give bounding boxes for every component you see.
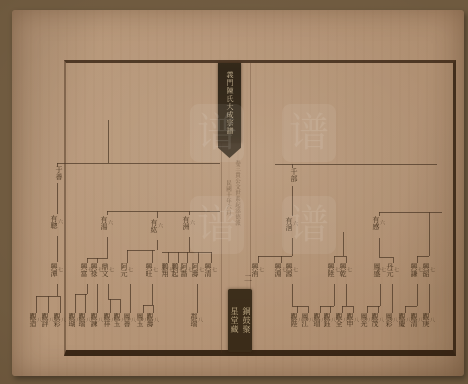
tree-line [97, 284, 98, 313]
tree-node: 六有聰 [53, 215, 62, 229]
tree-node: 七興乾 [342, 263, 351, 277]
tree-line [346, 284, 347, 306]
generation-marker: 八 [429, 313, 434, 326]
tree-line [281, 256, 282, 263]
tree-node: 七興潭 [53, 263, 62, 277]
tree-line [85, 294, 86, 313]
generation-marker: 七 [127, 263, 132, 276]
tree-line [197, 284, 198, 313]
tree-line [127, 250, 155, 251]
tree-node: 七阿壽 [194, 263, 203, 277]
tree-line [378, 306, 379, 313]
generation-marker: 八 [153, 313, 158, 326]
generation-marker: 七 [57, 263, 62, 276]
tree-line [275, 164, 437, 165]
tree-line [120, 299, 121, 313]
tree-line [198, 252, 199, 263]
tree-line [152, 284, 153, 305]
tree-line [292, 306, 308, 307]
tree-line [57, 183, 58, 214]
tree-line [87, 284, 88, 294]
tree-line [57, 236, 58, 262]
tree-line [211, 252, 212, 263]
tree-node: 七丹元 [389, 263, 398, 277]
generation-marker: 七 [152, 263, 157, 276]
tree-node: 七阿元 [123, 263, 132, 277]
tree-line [292, 238, 293, 256]
generation-marker: 七 [108, 263, 113, 276]
tree-line [107, 211, 220, 212]
tree-node: 八鳳彩 [388, 313, 397, 327]
generation-marker: 六 [292, 217, 297, 230]
tree-line [308, 306, 309, 313]
tree-line [178, 252, 179, 263]
tree-line [107, 237, 108, 258]
tree-line [187, 252, 188, 263]
tree-line [157, 211, 158, 218]
tree-line [334, 256, 335, 263]
tree-line [189, 237, 190, 252]
tree-node: 八鳳善 [126, 313, 135, 327]
tree-node: 七興韶 [425, 263, 434, 277]
generation-marker: 七 [198, 263, 203, 276]
tree-line [36, 296, 37, 313]
generation-marker: 七 [292, 263, 297, 276]
tree-line [379, 212, 442, 213]
tree-line [417, 256, 418, 263]
tree-line [127, 250, 128, 263]
tree-line [168, 252, 169, 263]
generation-marker: 六 [107, 216, 112, 229]
tree-line [108, 284, 109, 299]
tree-line [346, 256, 347, 263]
tree-line [379, 238, 380, 257]
tree-line [429, 212, 430, 256]
tree-layer: 于善六有聰七興潭六有湯六有紘六有洲七興富七興祿七鼎文七阿元七興旺七鵬翔七鵬起七阿… [0, 0, 468, 384]
tree-line [130, 284, 131, 313]
tree-node: 七興源 [288, 263, 297, 277]
tree-line [320, 306, 334, 307]
tree-line [320, 306, 321, 313]
tree-line [342, 306, 343, 313]
tree-line [189, 211, 190, 215]
tree-line [343, 232, 344, 256]
tree-node: 六有紘 [153, 219, 162, 233]
tree-line [392, 284, 393, 313]
tree-line [48, 296, 49, 313]
tree-node: 于善 [53, 166, 62, 180]
tree-node: 六有感 [375, 216, 384, 230]
tree-line [57, 284, 58, 296]
tree-line [143, 305, 153, 306]
tree-node: 七興清 [207, 263, 216, 277]
tree-line [60, 296, 61, 313]
tree-node: 八觀彩 [56, 313, 65, 327]
person-name: 千部 [290, 168, 298, 182]
tree-line [342, 306, 353, 307]
tree-line [330, 306, 331, 313]
tree-line [152, 250, 153, 263]
generation-marker: 七 [258, 263, 263, 276]
generation-marker: 六 [57, 215, 62, 228]
generation-marker: 八 [392, 313, 397, 326]
tree-line [405, 306, 406, 313]
generation-marker: 八 [97, 313, 102, 326]
tree-line [258, 256, 259, 263]
tree-node: 七興洧 [254, 263, 263, 277]
tree-line [153, 305, 154, 313]
tree-line [292, 186, 293, 216]
generation-marker: 八 [353, 313, 358, 326]
generation-marker: 七 [380, 263, 385, 276]
scanned-genealogy-photo: { "banxin": { "book_title": "義門陳氏大成宗譜", … [0, 0, 468, 384]
tree-line [417, 284, 418, 306]
tree-line [429, 284, 430, 313]
tree-node: 六有洲 [185, 216, 194, 230]
generation-marker: 六 [189, 216, 194, 229]
generation-marker: 七 [429, 263, 434, 276]
person-name: 于善 [55, 166, 63, 180]
generation-marker: 八 [60, 313, 65, 326]
generation-marker: 八 [130, 313, 135, 326]
tree-node: 七鼎文 [104, 263, 113, 277]
tree-node: 六有湯 [103, 216, 112, 230]
tree-line [57, 163, 220, 164]
generation-marker: 七 [393, 263, 398, 276]
tree-node: 八觀庚 [425, 313, 434, 327]
tree-line [367, 306, 368, 313]
tree-node: 八觀壽 [149, 313, 158, 327]
tree-line [417, 256, 429, 257]
tree-line [258, 256, 292, 257]
tree-line [297, 306, 298, 313]
tree-node: 八觀諫 [93, 313, 102, 327]
generation-marker: 七 [346, 263, 351, 276]
tree-line [353, 306, 354, 313]
generation-marker: 六 [379, 216, 384, 229]
tree-line [405, 306, 417, 307]
tree-node: 六有洄 [288, 217, 297, 231]
tree-node: 七鳳盛 [376, 263, 385, 277]
tree-line [380, 284, 381, 306]
tree-node: 千部 [288, 168, 297, 182]
generation-marker: 七 [211, 263, 216, 276]
tree-line [157, 240, 158, 250]
tree-node: 七興旺 [148, 263, 157, 277]
tree-node: 八觀茂 [374, 313, 383, 327]
generation-marker: 八 [378, 313, 383, 326]
tree-line [110, 299, 111, 313]
tree-line [334, 256, 346, 257]
tree-node: 八觀申 [349, 313, 358, 327]
generation-marker: 八 [197, 313, 202, 326]
tree-line [334, 284, 335, 306]
tree-line [107, 211, 108, 215]
tree-line [75, 294, 76, 313]
tree-line [379, 257, 393, 258]
tree-line [143, 305, 144, 313]
tree-line [108, 120, 109, 163]
tree-node: 八郡瑞 [193, 313, 202, 327]
tree-line [292, 284, 293, 306]
generation-marker: 六 [157, 219, 162, 232]
